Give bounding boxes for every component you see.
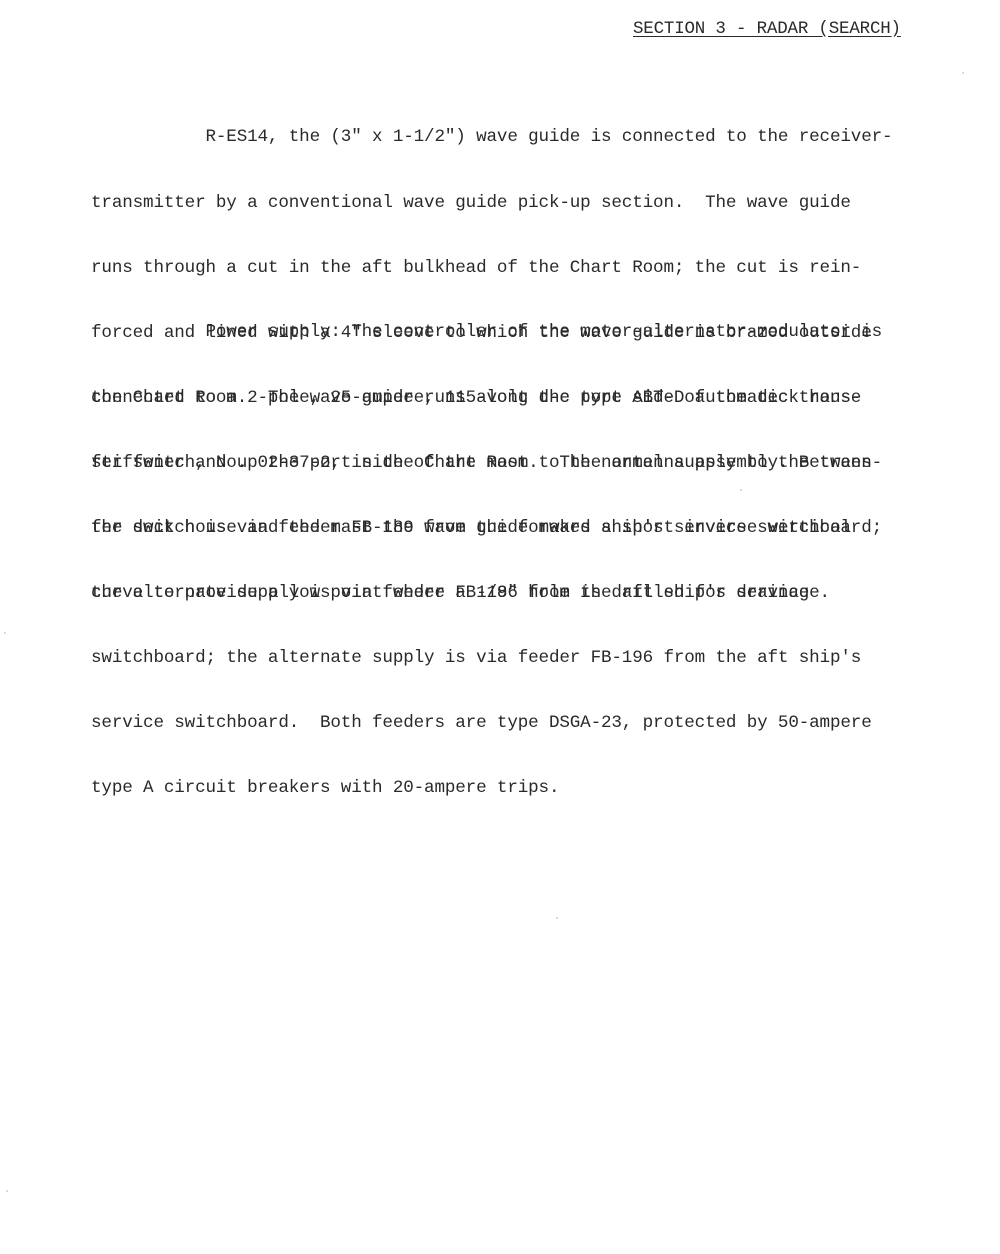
- text-line: connected to a 2-pole, 25-ampere, 115-vo…: [91, 388, 921, 410]
- paragraph-power-supply: Power supply: The controller of the moto…: [91, 279, 921, 843]
- text-line: transmitter by a conventional wave guide…: [91, 193, 921, 215]
- text-line: fer switch, No. 02-37-2, in the Chart Ro…: [91, 453, 921, 475]
- scan-speck: [962, 72, 964, 74]
- text-line: the alternate supply is via feeder FB-19…: [91, 583, 921, 605]
- text-line: Power supply: The controller of the moto…: [91, 322, 921, 344]
- scan-speck: [6, 1190, 8, 1192]
- text-line: switchboard; the alternate supply is via…: [91, 648, 921, 670]
- scan-speck: [4, 632, 6, 634]
- section-header: SECTION 3 - RADAR (SEARCH): [633, 18, 901, 40]
- text-line: fer switch is via feeder FB-189 from the…: [91, 518, 921, 540]
- scan-speck: [740, 489, 742, 491]
- text-line: R-ES14, the (3" x 1-1/2") wave guide is …: [91, 127, 921, 149]
- text-line: runs through a cut in the aft bulkhead o…: [91, 258, 921, 280]
- text-line: type A circuit breakers with 20-ampere t…: [91, 778, 921, 800]
- document-page: SECTION 3 - RADAR (SEARCH) R-ES14, the (…: [0, 0, 1000, 1254]
- scan-speck: [556, 917, 558, 919]
- text-line: service switchboard. Both feeders are ty…: [91, 713, 921, 735]
